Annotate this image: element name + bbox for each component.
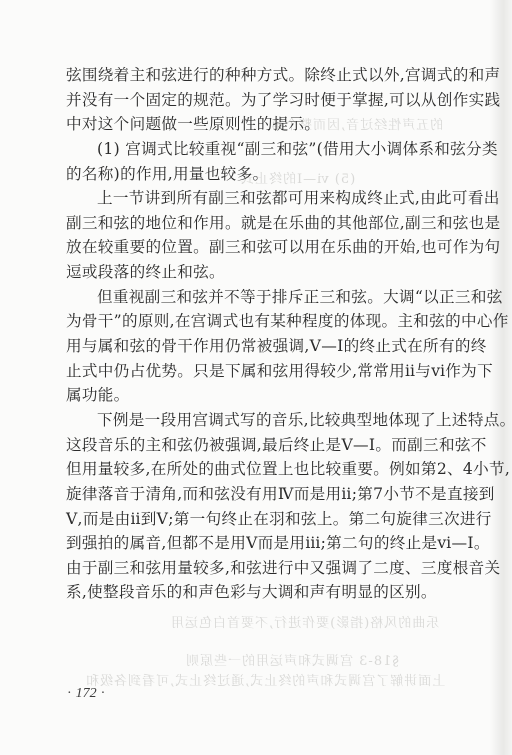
reverse-side-bleed: 乐曲的风格(指影)要作进行,不要首白色运用 bbox=[170, 612, 439, 631]
text-line: 副三和弦的地位和作用。就是在乐曲的其他部位,副三和弦也是 bbox=[66, 211, 454, 236]
page-number-dot-left: · bbox=[67, 686, 72, 701]
text-line: 但用量较多,在所处的曲式位置上也比较重要。例如第2、4小节, bbox=[66, 457, 454, 482]
page-number-dot-right: · bbox=[101, 686, 106, 701]
text-line: 但重视副三和弦并不等于排斥正三和弦。大调“以正三和弦 bbox=[66, 285, 454, 310]
text-line: 逗或段落的终止和弦。 bbox=[66, 260, 454, 285]
text-line: 中对这个问题做一些原则性的提示。 bbox=[66, 112, 454, 137]
text-line: 的名称)的作用,用量也较多。 bbox=[66, 162, 454, 187]
text-line: 止式中仍占优势。只是下属和弦用得较少,常常用ⅱ与ⅵ作为下 bbox=[66, 359, 454, 384]
text-line: 这段音乐的主和弦仍被强调,最后终止是Ⅴ—Ⅰ。而副三和弦不 bbox=[66, 433, 454, 458]
text-line: 到强拍的属音,但都不是用Ⅴ而是用ⅲ;第二句的终止是ⅵ—Ⅰ。 bbox=[66, 531, 454, 556]
text-line: Ⅴ,而是由ⅱ到Ⅴ;第一句终止在羽和弦上。第二句旋律三次进行 bbox=[66, 507, 454, 532]
text-line: 用与属和弦的骨干作用仍常被强调,Ⅴ—Ⅰ的终止式在所有的终 bbox=[66, 334, 454, 359]
text-line: 放在较重要的位置。副三和弦可以用在乐曲的开始,也可作为句 bbox=[66, 235, 454, 260]
reverse-side-bleed: 上面讲解了宫调式和声的终止式,通过终止式,可看到各级和 bbox=[85, 670, 445, 689]
text-line: 系,使整段音乐的和声色彩与大调和声有明显的区别。 bbox=[66, 580, 454, 605]
text-line: 为骨干”的原则,在宫调式也有某种程度的体现。主和弦的中心作 bbox=[66, 309, 454, 334]
body-text: 弦围绕着主和弦进行的种种方式。除终止式以外,宫调式的和声 并没有一个固定的规范。… bbox=[66, 63, 454, 605]
page-edge-shadow bbox=[490, 0, 512, 755]
text-line: 并没有一个固定的规范。为了学习时便于掌握,可以从创作实践 bbox=[66, 88, 454, 113]
page-number-value: 172 bbox=[76, 686, 97, 701]
text-line: 由于副三和弦用量较多,和弦进行中又强调了二度、三度根音关 bbox=[66, 556, 454, 581]
reverse-side-bleed: §18-3 宫调式和声运用的一些原则 bbox=[185, 650, 399, 669]
text-line: 旋律落音于清角,而和弦没有用Ⅳ而是用ⅱ;第7小节不是直接到 bbox=[66, 482, 454, 507]
text-line: 上一节讲到所有副三和弦都可用来构成终止式,由此可看出 bbox=[66, 186, 454, 211]
text-line: (1) 宫调式比较重视“副三和弦”(借用大小调体系和弦分类 bbox=[66, 137, 454, 162]
text-line: 下例是一段用宫调式写的音乐,比较典型地体现了上述特点。 bbox=[66, 408, 454, 433]
text-line: 弦围绕着主和弦进行的种种方式。除终止式以外,宫调式的和声 bbox=[66, 63, 454, 88]
page-number: ·172· bbox=[67, 686, 105, 702]
text-line: 属功能。 bbox=[66, 383, 454, 408]
